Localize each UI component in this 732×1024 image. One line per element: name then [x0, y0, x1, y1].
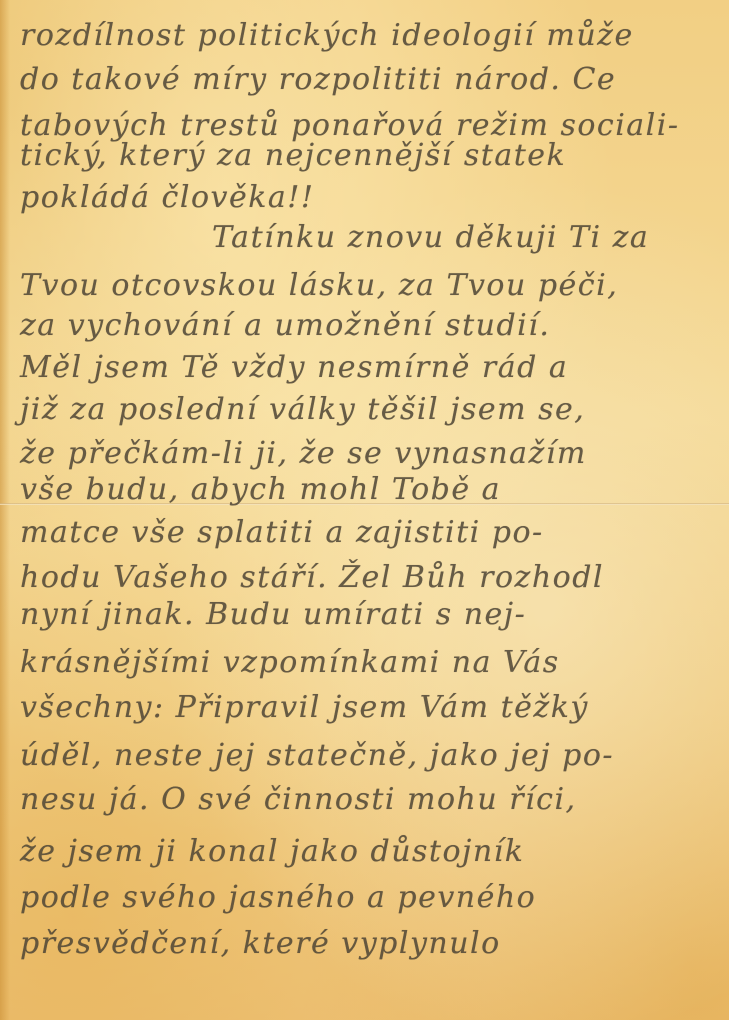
handwritten-text-block: rozdílnost politických ideologií může do… [0, 0, 729, 1020]
handwritten-line: za vychování a umožnění studií. [20, 308, 550, 343]
handwritten-line: tický, který za nejcennější statek [20, 138, 566, 173]
handwritten-line: hodu Vašeho stáří. Žel Bůh rozhodl [20, 560, 604, 595]
handwritten-line: do takové míry rozpolititi národ. Ce [20, 62, 616, 97]
handwritten-line: Tvou otcovskou lásku, za Tvou péči, [20, 268, 618, 303]
handwritten-line: nyní jinak. Budu umírati s nej- [20, 597, 526, 632]
handwritten-line: Měl jsem Tě vždy nesmírně rád a [20, 350, 568, 385]
handwritten-line: již za poslední války těšil jsem se, [20, 392, 585, 427]
letter-page: rozdílnost politických ideologií může do… [0, 0, 732, 1024]
handwritten-line: úděl, neste jej statečně, jako jej po- [20, 738, 614, 773]
handwritten-line: pokládá člověka!! [20, 180, 314, 215]
handwritten-line: vše budu, abych mohl Tobě a [20, 472, 501, 507]
handwritten-line: podle svého jasného a pevného [20, 880, 536, 915]
handwritten-line: krásnějšími vzpomínkami na Vás [20, 645, 560, 680]
handwritten-line: Tatínku znovu děkuji Ti za [212, 220, 649, 255]
handwritten-line: rozdílnost politických ideologií může [20, 18, 634, 53]
handwritten-line: že jsem ji konal jako důstojník [20, 834, 524, 869]
handwritten-line: matce vše splatiti a zajistiti po- [20, 515, 544, 550]
handwritten-line: všechny: Připravil jsem Vám těžký [20, 690, 589, 725]
handwritten-line: že přečkám-li ji, že se vynasnažím [20, 436, 587, 471]
handwritten-line: nesu já. O své činnosti mohu říci, [20, 782, 577, 817]
handwritten-line: přesvědčení, které vyplynulo [20, 926, 501, 961]
